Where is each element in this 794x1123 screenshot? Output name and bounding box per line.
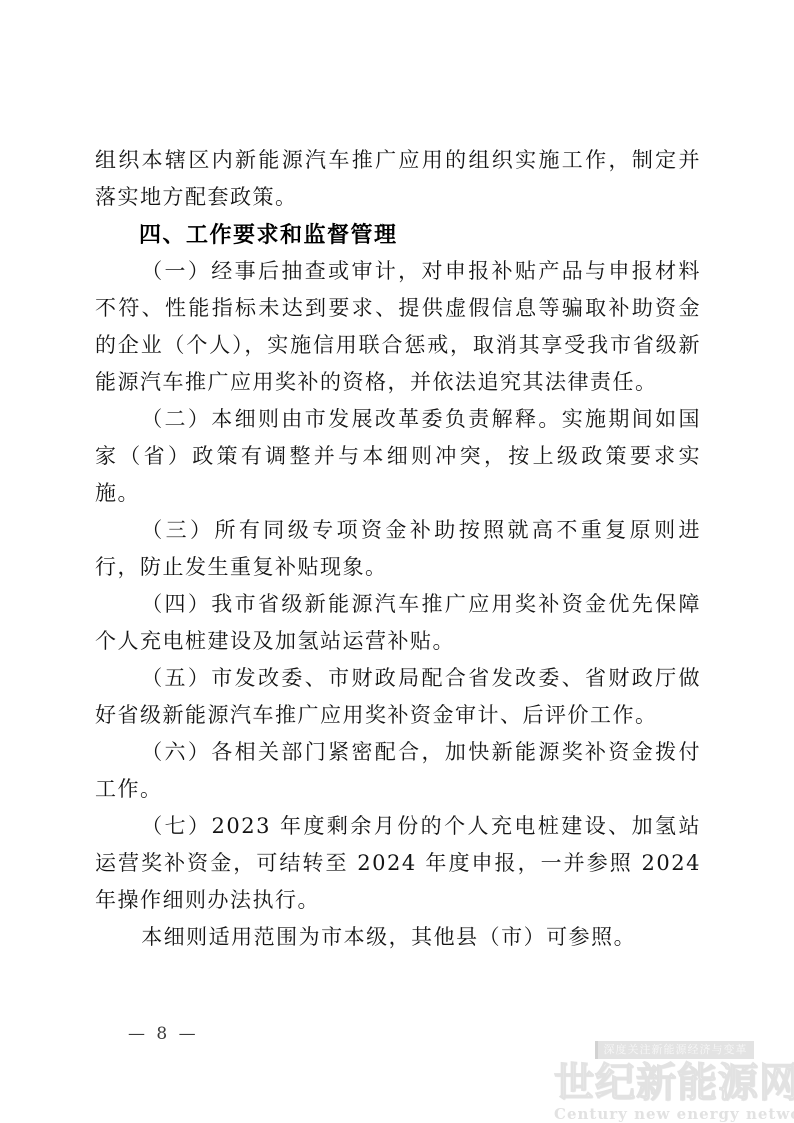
watermark-slogan: 深度关注新能源经济与变革 [595,1041,754,1059]
document-page: 组织本辖区内新能源汽车推广应用的组织实施工作，制定并落实地方配套政策。 四、工作… [0,0,794,1123]
paragraph-closing: 本细则适用范围为市本级，其他县（市）可参照。 [95,919,701,956]
paragraph-item-3: （三）所有同级专项资金补助按照就高不重复原则进行，防止发生重复补贴现象。 [95,512,701,586]
paragraph-item-5: （五）市发改委、市财政局配合省发改委、省财政厅做好省级新能源汽车推广应用奖补资金… [95,660,701,734]
paragraph-continuation: 组织本辖区内新能源汽车推广应用的组织实施工作，制定并落实地方配套政策。 [95,142,701,216]
document-body: 组织本辖区内新能源汽车推广应用的组织实施工作，制定并落实地方配套政策。 四、工作… [95,142,701,956]
paragraph-item-6: （六）各相关部门紧密配合，加快新能源奖补资金拨付工作。 [95,734,701,808]
page-number: — 8 — [128,1024,199,1044]
watermark: 深度关注新能源经济与变革 世纪新能源网 Century new energy n… [554,1038,794,1123]
paragraph-item-4: （四）我市省级新能源汽车推广应用奖补资金优先保障个人充电桩建设及加氢站运营补贴。 [95,586,701,660]
section-heading: 四、工作要求和监督管理 [95,216,701,253]
paragraph-item-1: （一）经事后抽查或审计，对申报补贴产品与申报材料不符、性能指标未达到要求、提供虚… [95,253,701,401]
paragraph-item-7: （七）2023 年度剩余月份的个人充电桩建设、加氢站运营奖补资金，可结转至 20… [95,808,701,919]
watermark-site-name: 世纪新能源网 [554,1061,794,1105]
watermark-site-name-en: Century new energy network [554,1105,794,1123]
paragraph-item-2: （二）本细则由市发展改革委负责解释。实施期间如国家（省）政策有调整并与本细则冲突… [95,401,701,512]
